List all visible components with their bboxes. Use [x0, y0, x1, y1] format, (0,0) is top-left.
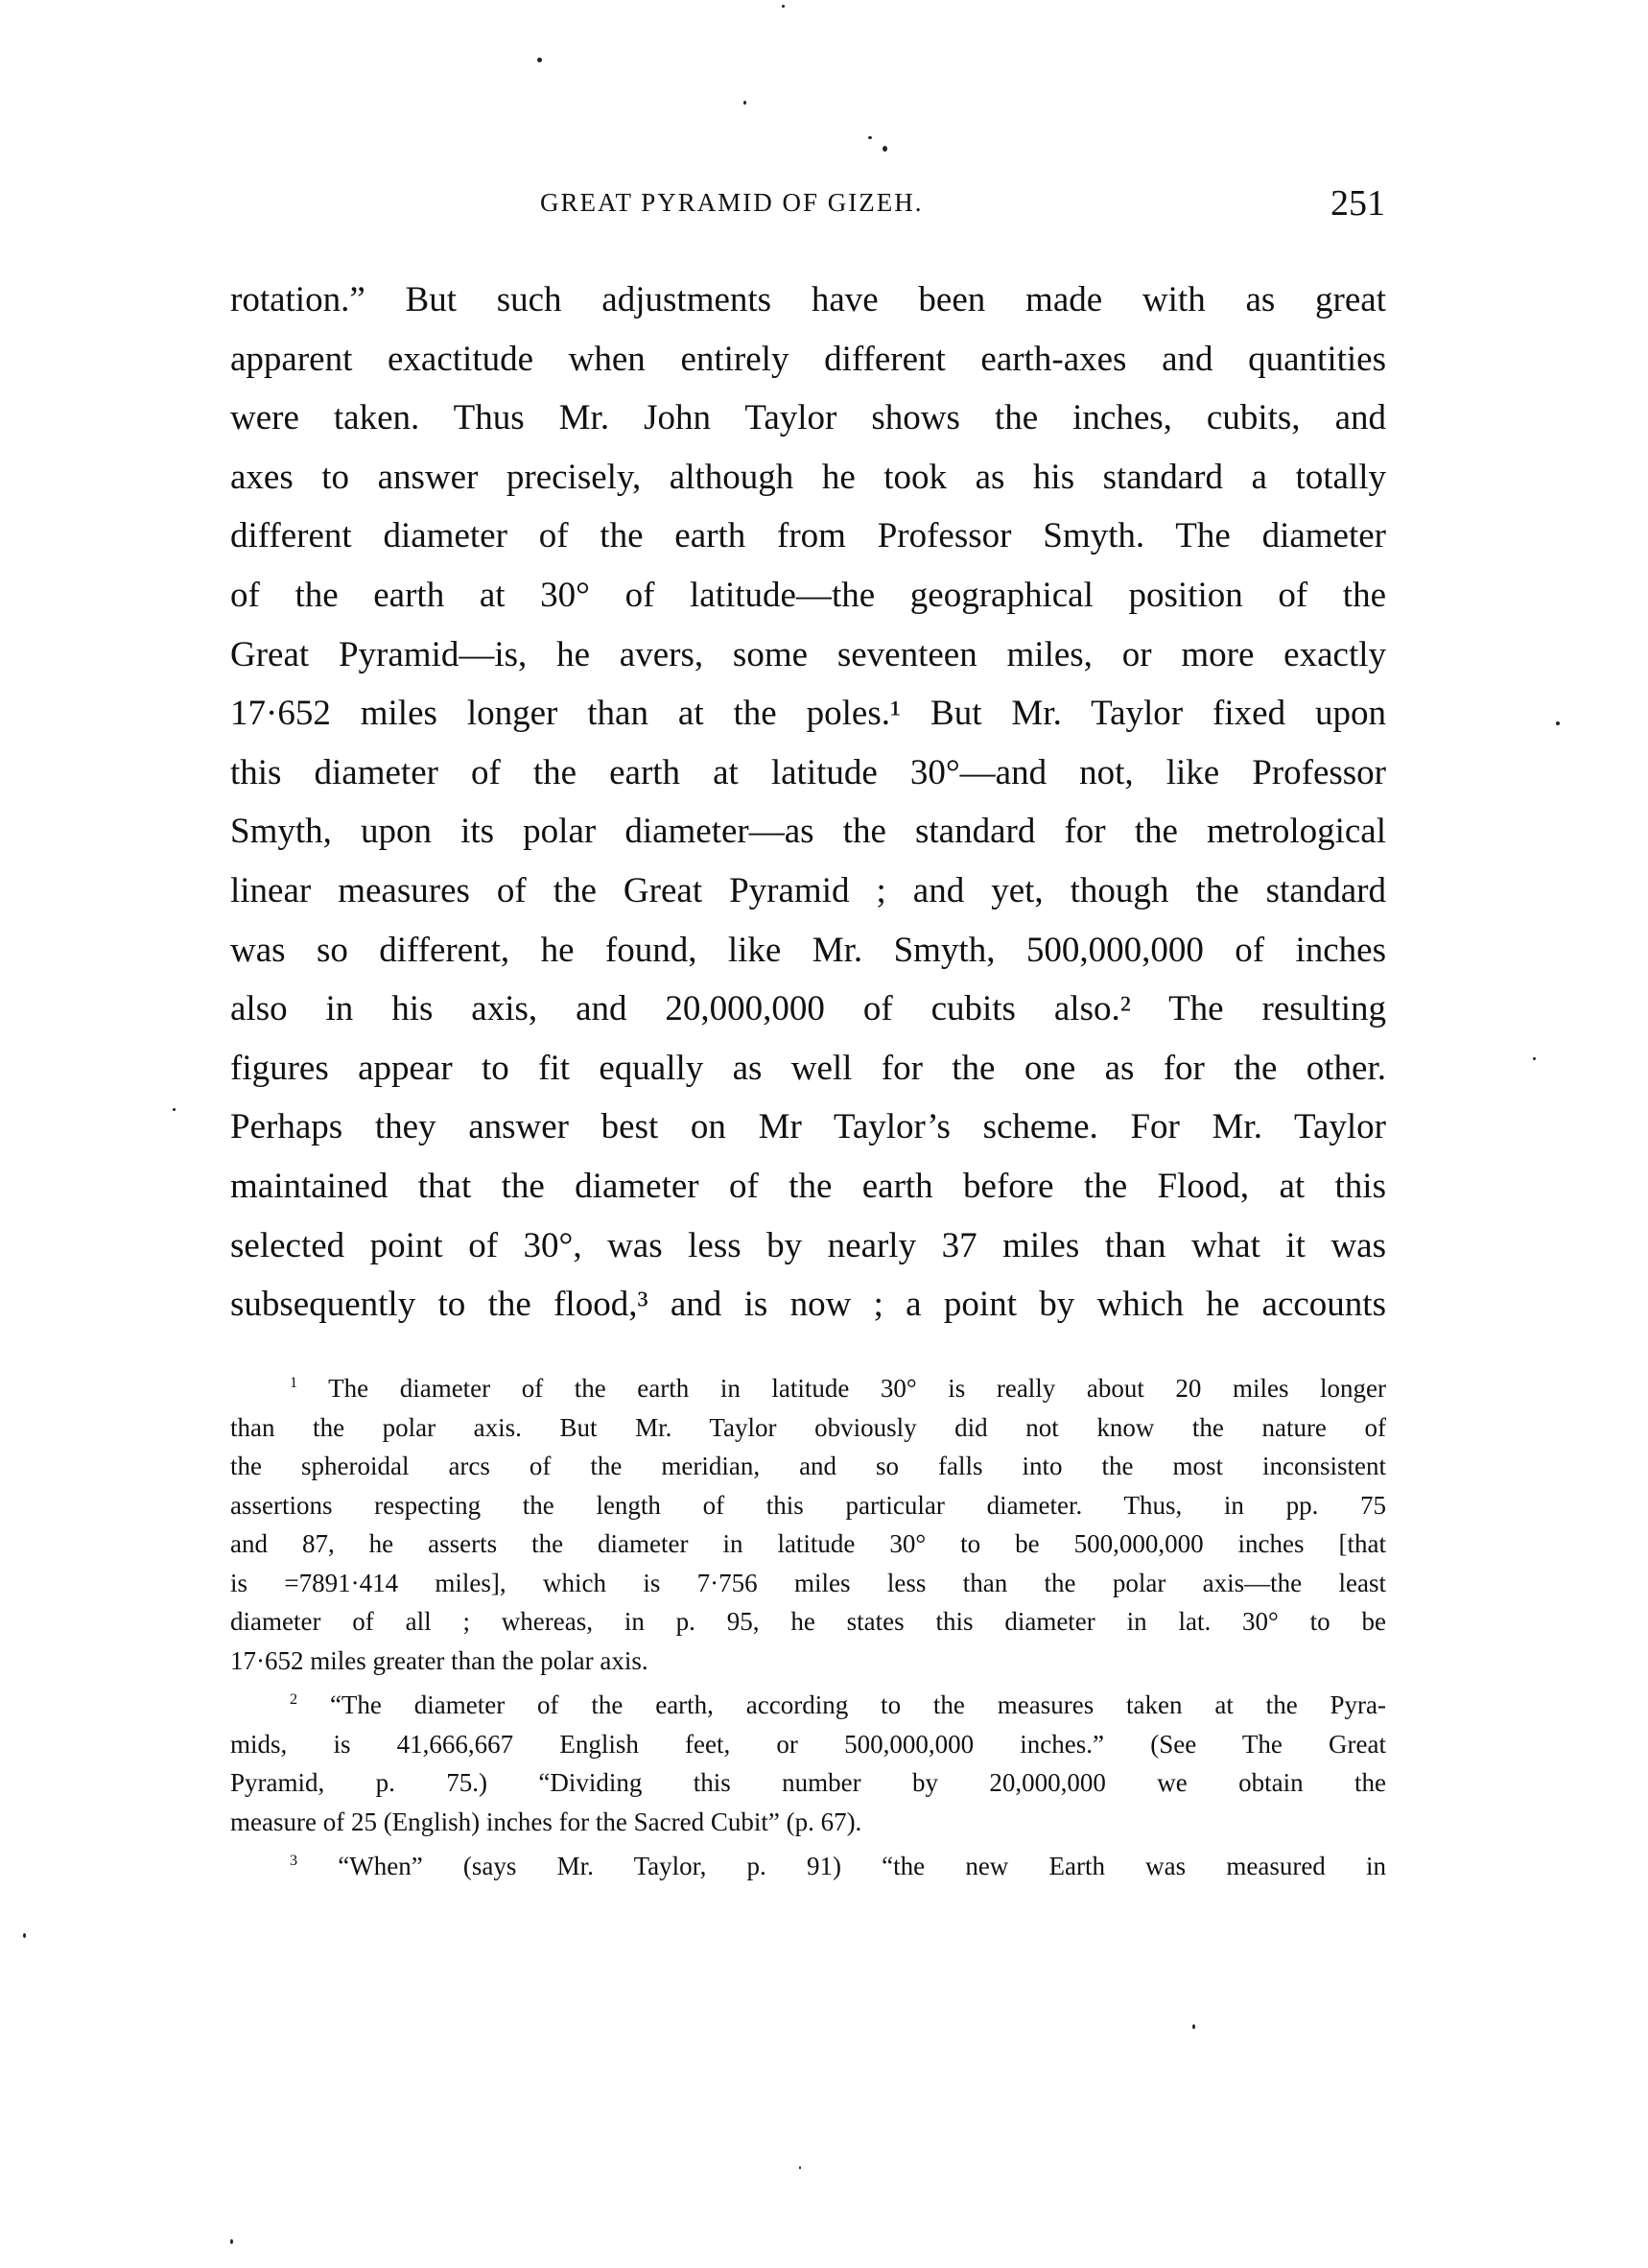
- footnote-line: 2 “The diameter of the earth, according …: [230, 1686, 1386, 1725]
- body-line: linear measures of the Great Pyramid ; a…: [230, 862, 1386, 921]
- body-line: 17·652 miles longer than at the poles.¹ …: [230, 684, 1386, 744]
- body-line: figures appear to fit equally as well fo…: [230, 1039, 1386, 1099]
- scan-speck: [868, 136, 872, 139]
- page-number: 251: [1330, 182, 1385, 224]
- footnote-line: diameter of all ; whereas, in p. 95, he …: [230, 1602, 1386, 1642]
- body-line: Smyth, upon its polar diameter—as the st…: [230, 802, 1386, 862]
- scan-speck: [1556, 721, 1560, 725]
- footnote-line: mids, is 41,666,667 English feet, or 500…: [230, 1725, 1386, 1764]
- footnote-line: Pyramid, p. 75.) “Dividing this number b…: [230, 1763, 1386, 1803]
- running-head: GREAT PYRAMID OF GIZEH. 251: [230, 182, 1381, 224]
- body-line: subsequently to the flood,³ and is now ;…: [230, 1275, 1386, 1335]
- footnote-marker: 2: [290, 1690, 297, 1708]
- body-line: of the earth at 30° of latitude—the geog…: [230, 566, 1386, 626]
- footnote-2: 2 “The diameter of the earth, according …: [230, 1686, 1386, 1841]
- scan-speck: [743, 101, 746, 105]
- scan-speck: [23, 1933, 26, 1938]
- body-text: rotation.” But such adjustments have bee…: [230, 271, 1386, 1335]
- footnotes: 1 The diameter of the earth in latitude …: [230, 1369, 1386, 1892]
- scan-speck: [883, 146, 887, 152]
- book-page: GREAT PYRAMID OF GIZEH. 251 rotation.” B…: [0, 0, 1648, 2268]
- footnote-line: than the polar axis. But Mr. Taylor obvi…: [230, 1408, 1386, 1448]
- scan-speck: [173, 1108, 176, 1111]
- body-line: different diameter of the earth from Pro…: [230, 507, 1386, 566]
- footnote-line: assertions respecting the length of this…: [230, 1486, 1386, 1525]
- footnote-marker: 1: [290, 1374, 297, 1391]
- scan-speck: [799, 2166, 801, 2169]
- running-title: GREAT PYRAMID OF GIZEH.: [540, 188, 924, 218]
- footnote-line: measure of 25 (English) inches for the S…: [230, 1803, 1386, 1842]
- body-line: maintained that the diameter of the eart…: [230, 1157, 1386, 1217]
- scan-speck: [537, 58, 542, 62]
- body-line: apparent exactitude when entirely differ…: [230, 330, 1386, 390]
- body-line: was so different, he found, like Mr. Smy…: [230, 921, 1386, 980]
- footnote-1: 1 The diameter of the earth in latitude …: [230, 1369, 1386, 1680]
- footnote-line: 3 “When” (says Mr. Taylor, p. 91) “the n…: [230, 1847, 1386, 1886]
- body-line: Perhaps they answer best on Mr Taylor’s …: [230, 1098, 1386, 1157]
- scan-speck: [1533, 1057, 1536, 1060]
- footnote-line: the spheroidal arcs of the meridian, and…: [230, 1447, 1386, 1486]
- scan-speck: [230, 2239, 233, 2244]
- footnote-line: is =7891·414 miles], which is 7·756 mile…: [230, 1564, 1386, 1603]
- body-line: selected point of 30°, was less by nearl…: [230, 1217, 1386, 1276]
- body-line: also in his axis, and 20,000,000 of cubi…: [230, 980, 1386, 1039]
- body-line: were taken. Thus Mr. John Taylor shows t…: [230, 389, 1386, 448]
- scan-speck: [782, 5, 785, 8]
- body-line: rotation.” But such adjustments have bee…: [230, 271, 1386, 330]
- body-line: axes to answer precisely, although he to…: [230, 448, 1386, 508]
- body-line: Great Pyramid—is, he avers, some sevente…: [230, 626, 1386, 685]
- footnote-3: 3 “When” (says Mr. Taylor, p. 91) “the n…: [230, 1847, 1386, 1886]
- footnote-line: 1 The diameter of the earth in latitude …: [230, 1369, 1386, 1408]
- body-line: this diameter of the earth at latitude 3…: [230, 744, 1386, 803]
- footnote-line: 17·652 miles greater than the polar axis…: [230, 1642, 1386, 1681]
- scan-speck: [1192, 2024, 1195, 2029]
- footnote-marker: 3: [290, 1852, 297, 1869]
- footnote-line: and 87, he asserts the diameter in latit…: [230, 1524, 1386, 1564]
